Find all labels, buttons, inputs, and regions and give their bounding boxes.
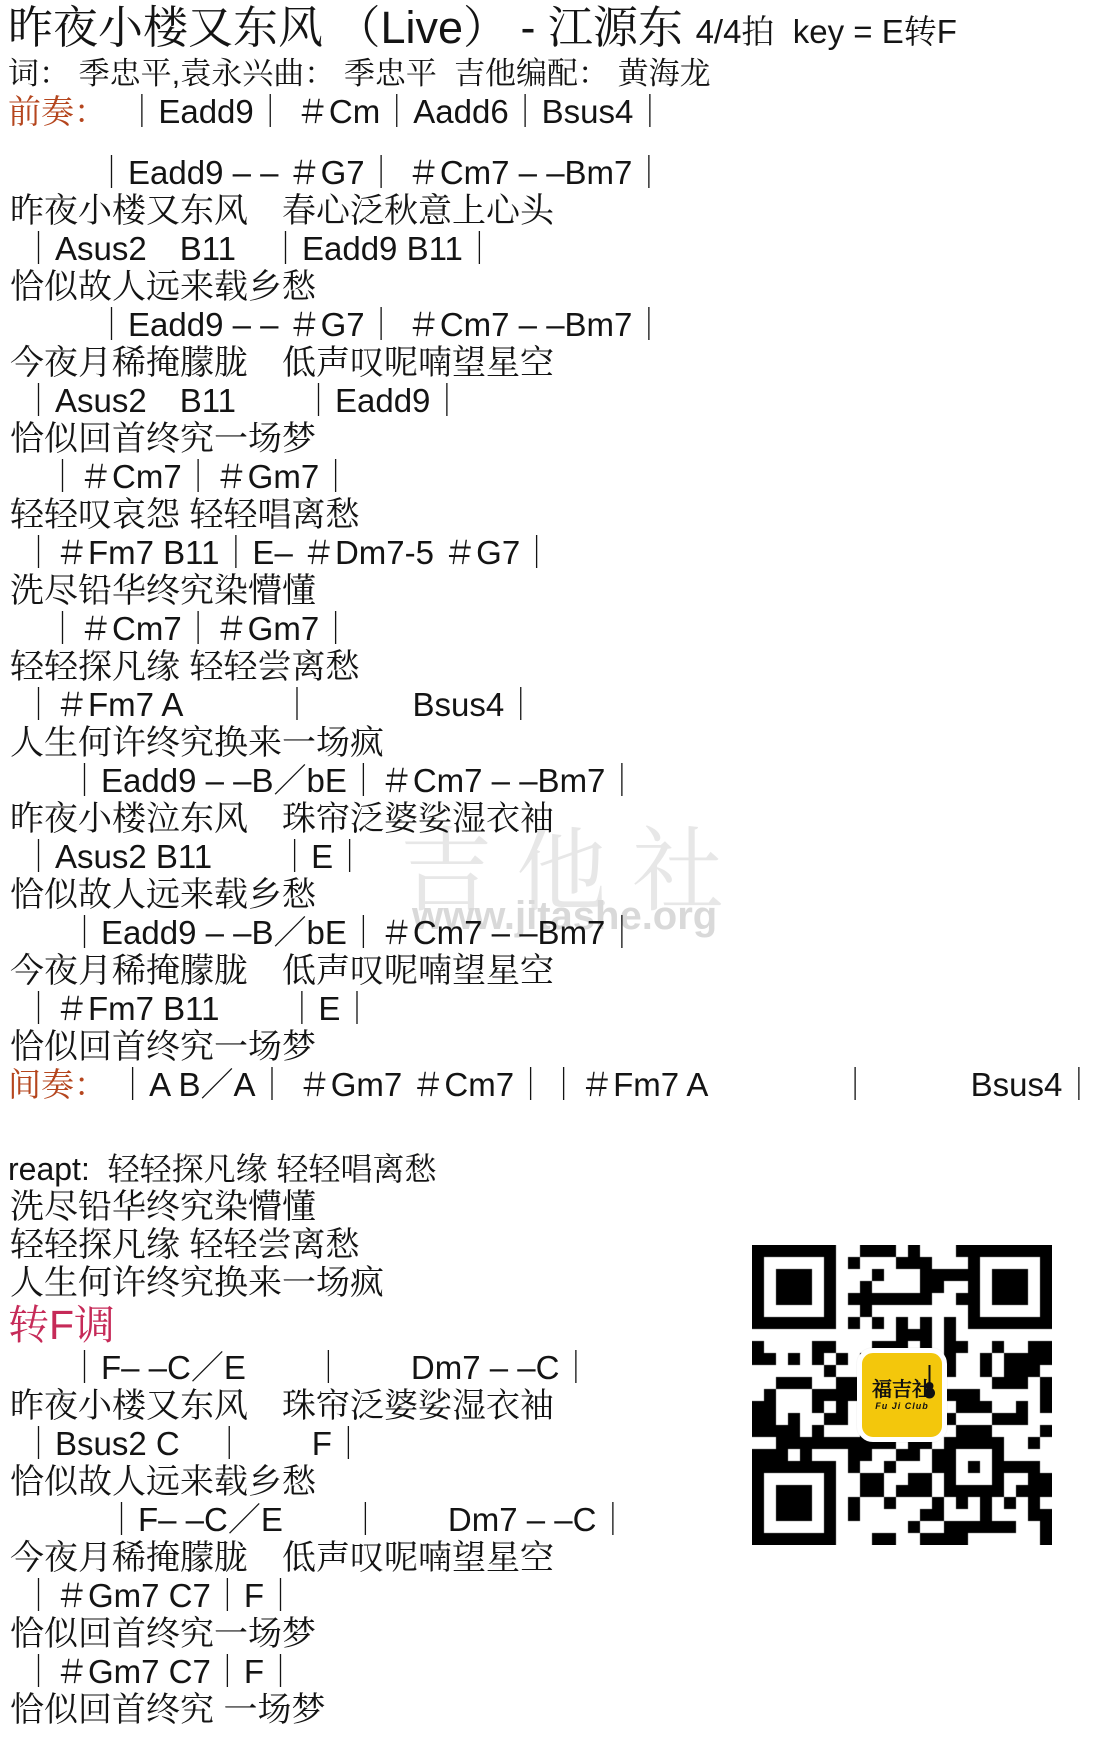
lyric-line: 昨夜小楼泣东风 珠帘泛婆娑湿衣袖 bbox=[0, 800, 1110, 838]
lyric-text: 洗尽铅华终究染懵懂 bbox=[10, 1188, 316, 1226]
lyric-text: 今夜月稀掩朦胧 低声叹呢喃望星空 bbox=[10, 1539, 554, 1577]
lyric-text: 恰似回首终究 一场梦 bbox=[10, 1691, 325, 1729]
interlude-text: ｜A B／A｜ ＃Gm7 ＃Cm7｜｜＃Fm7 A ｜ Bsus4｜ bbox=[107, 1066, 1095, 1103]
lyric-text: 今夜月稀掩朦胧 低声叹呢喃望星空 bbox=[10, 952, 554, 990]
lyric-line: 恰似故人远来载乡愁 bbox=[0, 876, 1110, 914]
chord-line: ｜Asus2 B11 ｜Eadd9 B11｜ bbox=[0, 230, 1110, 268]
title-suffix: 4/4拍 key = E转F bbox=[696, 13, 957, 50]
chord-text: ｜Eadd9 – – ＃G7｜ ＃Cm7 – –Bm7｜ bbox=[95, 306, 665, 343]
chord-text: ｜＃Cm7｜＃Gm7｜ bbox=[46, 610, 352, 647]
chord-line: ｜＃Fm7 B11 ｜E｜ bbox=[0, 990, 1110, 1028]
chord-text: ｜Asus2 B11 ｜Eadd9 B11｜ bbox=[22, 230, 496, 267]
chord-text: ｜＃Gm7 C7｜F｜ bbox=[22, 1653, 297, 1690]
lyric-line: 人生何许终究换来一场疯 bbox=[0, 724, 1110, 762]
chord-line: ｜＃Fm7 B11｜E– ＃Dm7-5 ＃G7｜ bbox=[0, 534, 1110, 572]
repeat-text: reapt: 轻轻探凡缘 轻轻唱离愁 bbox=[8, 1151, 437, 1187]
chord-text: ｜＃Fm7 B11｜E– ＃Dm7-5 ＃G7｜ bbox=[22, 534, 553, 571]
title-text: 昨夜小楼又东风 （Live） - 江源东 bbox=[8, 2, 696, 53]
intro-label: 前奏： bbox=[8, 93, 107, 130]
lyric-text: 恰似回首终究一场梦 bbox=[10, 1615, 316, 1653]
lyric-line: 恰似回首终究一场梦 bbox=[0, 1615, 1110, 1653]
lyric-line: 昨夜小楼又东风 春心泛秋意上心头 bbox=[0, 192, 1110, 230]
lyric-line: 轻轻探凡缘 轻轻尝离愁 bbox=[0, 648, 1110, 686]
chord-line: ｜Asus2 B11 ｜Eadd9｜ bbox=[0, 382, 1110, 420]
intro-text: ｜Eadd9｜ ＃Cm｜Aadd6｜Bsus4｜ bbox=[107, 93, 666, 130]
chord-text: ｜Eadd9 – –B／bE｜＃Cm7 – –Bm7｜ bbox=[68, 914, 638, 951]
qr-code: 福吉社 Fu Ji Club bbox=[752, 1245, 1052, 1545]
credits-text: 词： 季忠平,袁永兴曲： 季忠平 吉他编配： 黄海龙 bbox=[8, 56, 711, 91]
lyric-text: 今夜月稀掩朦胧 低声叹呢喃望星空 bbox=[10, 344, 554, 382]
lyric-text: 恰似故人远来载乡愁 bbox=[10, 268, 316, 306]
lyric-text: 昨夜小楼泣东风 珠帘泛婆娑湿衣袖 bbox=[10, 800, 554, 838]
chord-text: ｜＃Gm7 C7｜F｜ bbox=[22, 1577, 297, 1614]
chord-line: ｜Eadd9 – –B／bE｜＃Cm7 – –Bm7｜ bbox=[0, 762, 1110, 800]
lyric-line: 恰似回首终究一场梦 bbox=[0, 1028, 1110, 1066]
chord-text: ｜Asus2 B11 ｜E｜ bbox=[22, 838, 366, 875]
lyric-text: 洗尽铅华终究染懵懂 bbox=[10, 572, 316, 610]
chord-text: ｜F– –C／E ｜ Dm7 – –C｜ bbox=[68, 1349, 592, 1386]
logo-subtitle: Fu Ji Club bbox=[875, 1401, 929, 1412]
lyric-text: 轻轻叹哀怨 轻轻唱离愁 bbox=[10, 496, 359, 534]
chord-text: ｜Bsus2 C ｜ F｜ bbox=[22, 1425, 365, 1462]
chord-line: ｜＃Gm7 C7｜F｜ bbox=[0, 1577, 1110, 1615]
lyric-line: 今夜月稀掩朦胧 低声叹呢喃望星空 bbox=[0, 952, 1110, 990]
lyric-text: 恰似故人远来载乡愁 bbox=[10, 1463, 316, 1501]
lyric-text: 人生何许终究换来一场疯 bbox=[10, 724, 384, 762]
lyric-text: 轻轻探凡缘 轻轻尝离愁 bbox=[10, 648, 359, 686]
lyric-line: 恰似回首终究 一场梦 bbox=[0, 1691, 1110, 1729]
keychange-text: 转F调 bbox=[8, 1302, 115, 1348]
lyric-text: 恰似故人远来载乡愁 bbox=[10, 876, 316, 914]
repeat-line: reapt: 轻轻探凡缘 轻轻唱离愁 bbox=[0, 1150, 1110, 1188]
chord-text: ｜Eadd9 – – ＃G7｜ ＃Cm7 – –Bm7｜ bbox=[95, 154, 665, 191]
gap2-line bbox=[0, 1104, 1110, 1150]
chord-line: ｜＃Fm7 A ｜ Bsus4｜ bbox=[0, 686, 1110, 724]
lyric-text: 人生何许终究换来一场疯 bbox=[10, 1264, 384, 1302]
logo-title: 福吉社 bbox=[872, 1379, 932, 1401]
title-line: 昨夜小楼又东风 （Live） - 江源东 4/4拍 key = E转F bbox=[0, 0, 1110, 55]
chord-line: ｜Eadd9 – –B／bE｜＃Cm7 – –Bm7｜ bbox=[0, 914, 1110, 952]
lyric-text: 恰似回首终究一场梦 bbox=[10, 1028, 316, 1066]
chord-text: ｜＃Fm7 A ｜ Bsus4｜ bbox=[22, 686, 537, 723]
chord-line: ｜＃Cm7｜＃Gm7｜ bbox=[0, 610, 1110, 648]
interlude-line: 间奏： ｜A B／A｜ ＃Gm7 ＃Cm7｜｜＃Fm7 A ｜ Bsus4｜ bbox=[0, 1066, 1110, 1104]
lyric-text: 恰似回首终究一场梦 bbox=[10, 420, 316, 458]
chord-text: ｜F– –C／E ｜ Dm7 – –C｜ bbox=[105, 1501, 629, 1538]
intro-line: 前奏： ｜Eadd9｜ ＃Cm｜Aadd6｜Bsus4｜ bbox=[0, 93, 1110, 131]
fujiclub-logo: 福吉社 Fu Ji Club bbox=[857, 1348, 947, 1442]
lyric-line: 恰似故人远来载乡愁 bbox=[0, 268, 1110, 306]
chord-line: ｜Asus2 B11 ｜E｜ bbox=[0, 838, 1110, 876]
lyric-text: 昨夜小楼又东风 春心泛秋意上心头 bbox=[10, 192, 554, 230]
chord-line: ｜＃Gm7 C7｜F｜ bbox=[0, 1653, 1110, 1691]
chord-text: ｜＃Fm7 B11 ｜E｜ bbox=[22, 990, 373, 1027]
credits-line: 词： 季忠平,袁永兴曲： 季忠平 吉他编配： 黄海龙 bbox=[0, 55, 1110, 93]
chord-text: ｜Asus2 B11 ｜Eadd9｜ bbox=[22, 382, 463, 419]
lyric-line: 洗尽铅华终究染懵懂 bbox=[0, 572, 1110, 610]
guitar-icon bbox=[924, 1365, 935, 1401]
lyric-text: 轻轻探凡缘 轻轻尝离愁 bbox=[10, 1226, 359, 1264]
lyric-line: 洗尽铅华终究染懵懂 bbox=[0, 1188, 1110, 1226]
interlude-label: 间奏： bbox=[8, 1066, 107, 1103]
lyric-line: 轻轻叹哀怨 轻轻唱离愁 bbox=[0, 496, 1110, 534]
chord-text: ｜＃Cm7｜＃Gm7｜ bbox=[46, 458, 352, 495]
chord-line: ｜Eadd9 – – ＃G7｜ ＃Cm7 – –Bm7｜ bbox=[0, 154, 1110, 192]
chord-text: ｜Eadd9 – –B／bE｜＃Cm7 – –Bm7｜ bbox=[68, 762, 638, 799]
lyric-line: 恰似回首终究一场梦 bbox=[0, 420, 1110, 458]
lyric-line: 今夜月稀掩朦胧 低声叹呢喃望星空 bbox=[0, 344, 1110, 382]
chord-line: ｜＃Cm7｜＃Gm7｜ bbox=[0, 458, 1110, 496]
lyric-text: 昨夜小楼又东风 珠帘泛婆娑湿衣袖 bbox=[10, 1387, 554, 1425]
gap-line bbox=[0, 131, 1110, 154]
chord-line: ｜Eadd9 – – ＃G7｜ ＃Cm7 – –Bm7｜ bbox=[0, 306, 1110, 344]
